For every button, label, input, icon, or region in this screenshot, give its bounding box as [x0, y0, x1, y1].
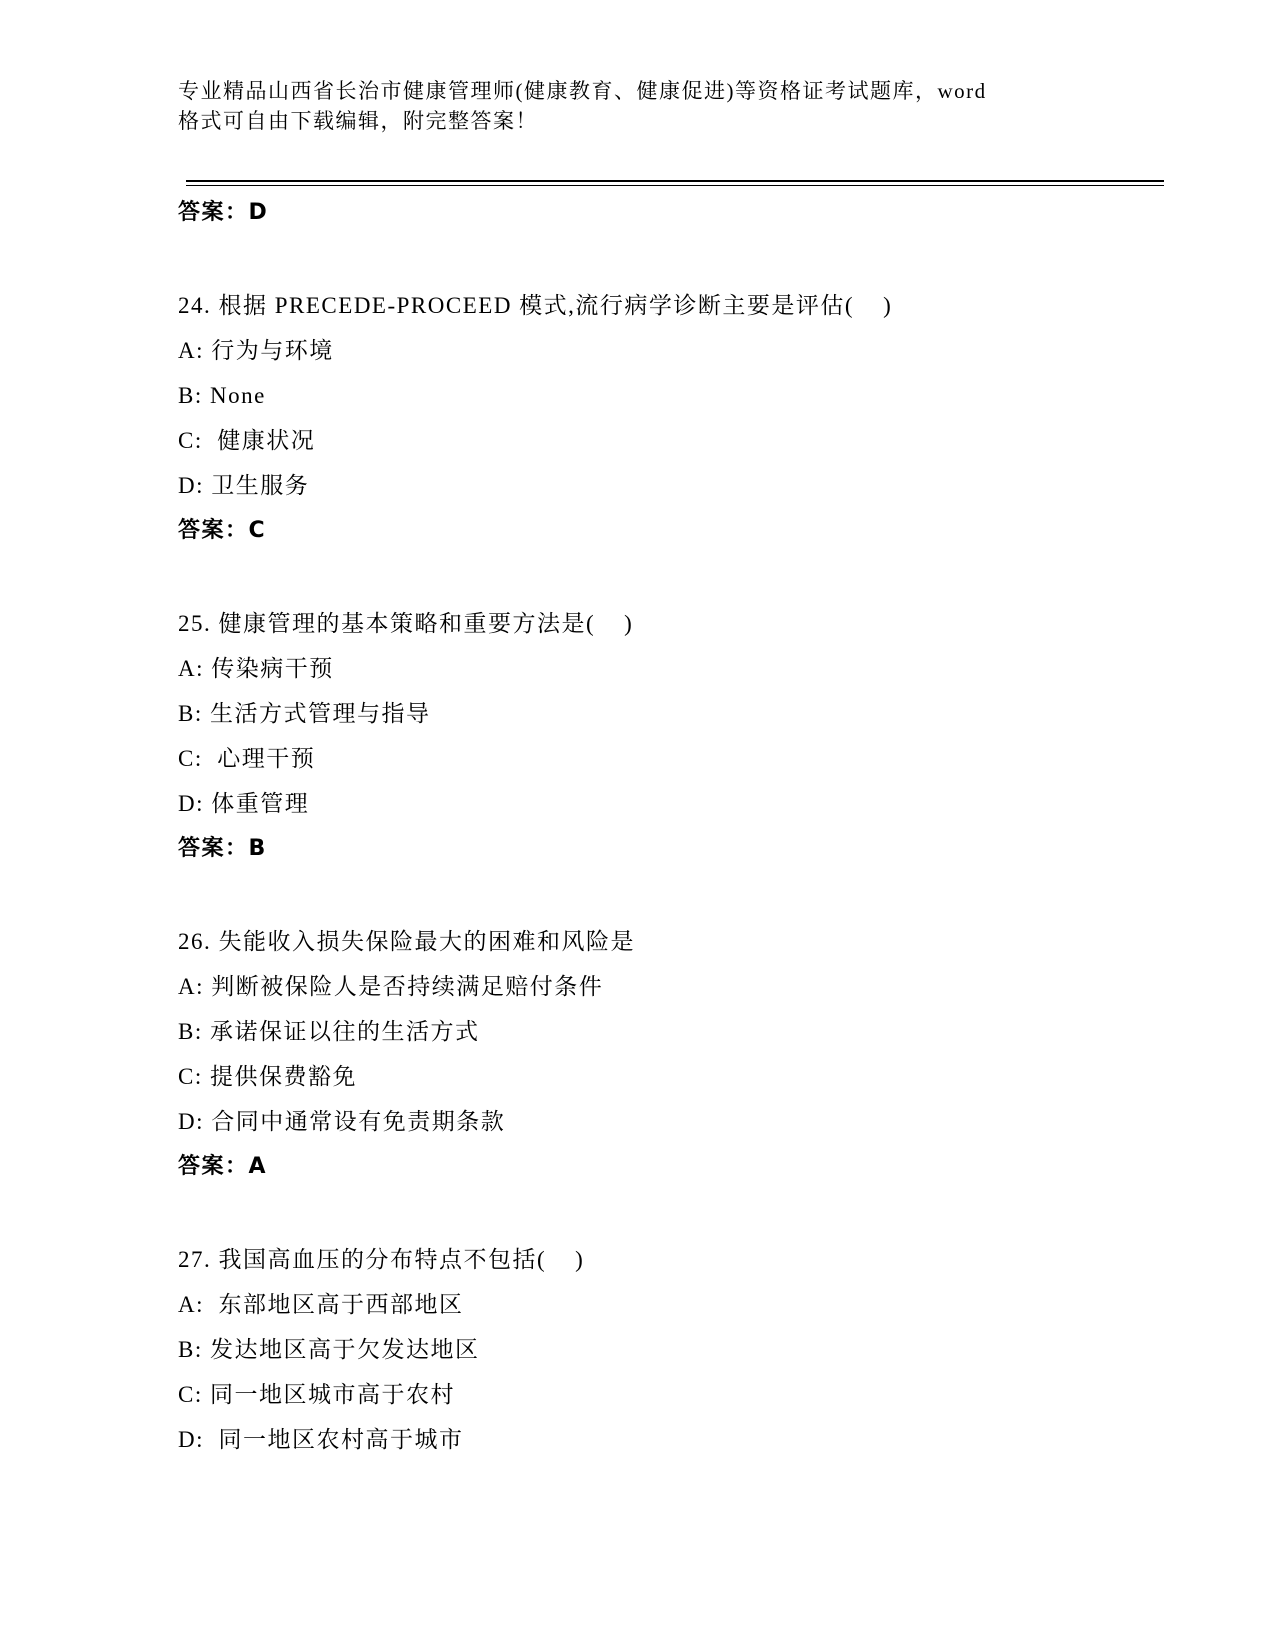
question-25-text: 25. 健康管理的基本策略和重要方法是( ) — [178, 601, 1175, 646]
question-24-answer-line: 答案：C — [178, 508, 1175, 553]
header-text-line-1: 专业精品山西省长治市健康管理师(健康教育、健康促进)等资格证考试题库，word — [178, 76, 1175, 106]
question-24-option-c: C: 健康状况 — [178, 418, 1175, 463]
question-27-option-b: B: 发达地区高于欠发达地区 — [178, 1327, 1175, 1372]
question-25-option-b: B: 生活方式管理与指导 — [178, 691, 1175, 736]
question-26-answer-line: 答案：A — [178, 1144, 1175, 1189]
question-24-text: 24. 根据 PRECEDE-PROCEED 模式,流行病学诊断主要是评估( ) — [178, 283, 1175, 328]
question-26-option-a: A: 判断被保险人是否持续满足赔付条件 — [178, 964, 1175, 1009]
question-24-option-d: D: 卫生服务 — [178, 463, 1175, 508]
question-block-26: 26. 失能收入损失保险最大的困难和风险是 A: 判断被保险人是否持续满足赔付条… — [178, 919, 1175, 1189]
question-block-25: 25. 健康管理的基本策略和重要方法是( ) A: 传染病干预 B: 生活方式管… — [178, 601, 1175, 871]
header-divider-thick-line — [186, 180, 1164, 182]
question-24-option-b: B: None — [178, 373, 1175, 418]
question-26-text: 26. 失能收入损失保险最大的困难和风险是 — [178, 919, 1175, 964]
carryover-answer-line: 答案：D — [178, 190, 1175, 235]
question-26-option-d: D: 合同中通常设有免责期条款 — [178, 1099, 1175, 1144]
question-27-text: 27. 我国高血压的分布特点不包括( ) — [178, 1237, 1175, 1282]
header-divider-thin-line — [186, 185, 1164, 186]
header-text-line-2: 格式可自由下载编辑，附完整答案！ — [178, 106, 1175, 136]
header-divider — [186, 180, 1164, 186]
question-27-option-a: A: 东部地区高于西部地区 — [178, 1282, 1175, 1327]
question-block-24: 24. 根据 PRECEDE-PROCEED 模式,流行病学诊断主要是评估( )… — [178, 283, 1175, 553]
question-26-option-b: B: 承诺保证以往的生活方式 — [178, 1009, 1175, 1054]
document-page: 专业精品山西省长治市健康管理师(健康教育、健康促进)等资格证考试题库，word … — [0, 0, 1275, 1650]
question-25-answer-line: 答案：B — [178, 826, 1175, 871]
question-24-option-a: A: 行为与环境 — [178, 328, 1175, 373]
page-header: 专业精品山西省长治市健康管理师(健康教育、健康促进)等资格证考试题库，word … — [178, 76, 1175, 136]
question-26-option-c: C: 提供保费豁免 — [178, 1054, 1175, 1099]
question-25-option-a: A: 传染病干预 — [178, 646, 1175, 691]
question-25-option-c: C: 心理干预 — [178, 736, 1175, 781]
question-27-option-c: C: 同一地区城市高于农村 — [178, 1372, 1175, 1417]
question-block-27: 27. 我国高血压的分布特点不包括( ) A: 东部地区高于西部地区 B: 发达… — [178, 1237, 1175, 1462]
question-27-option-d: D: 同一地区农村高于城市 — [178, 1417, 1175, 1462]
question-25-option-d: D: 体重管理 — [178, 781, 1175, 826]
